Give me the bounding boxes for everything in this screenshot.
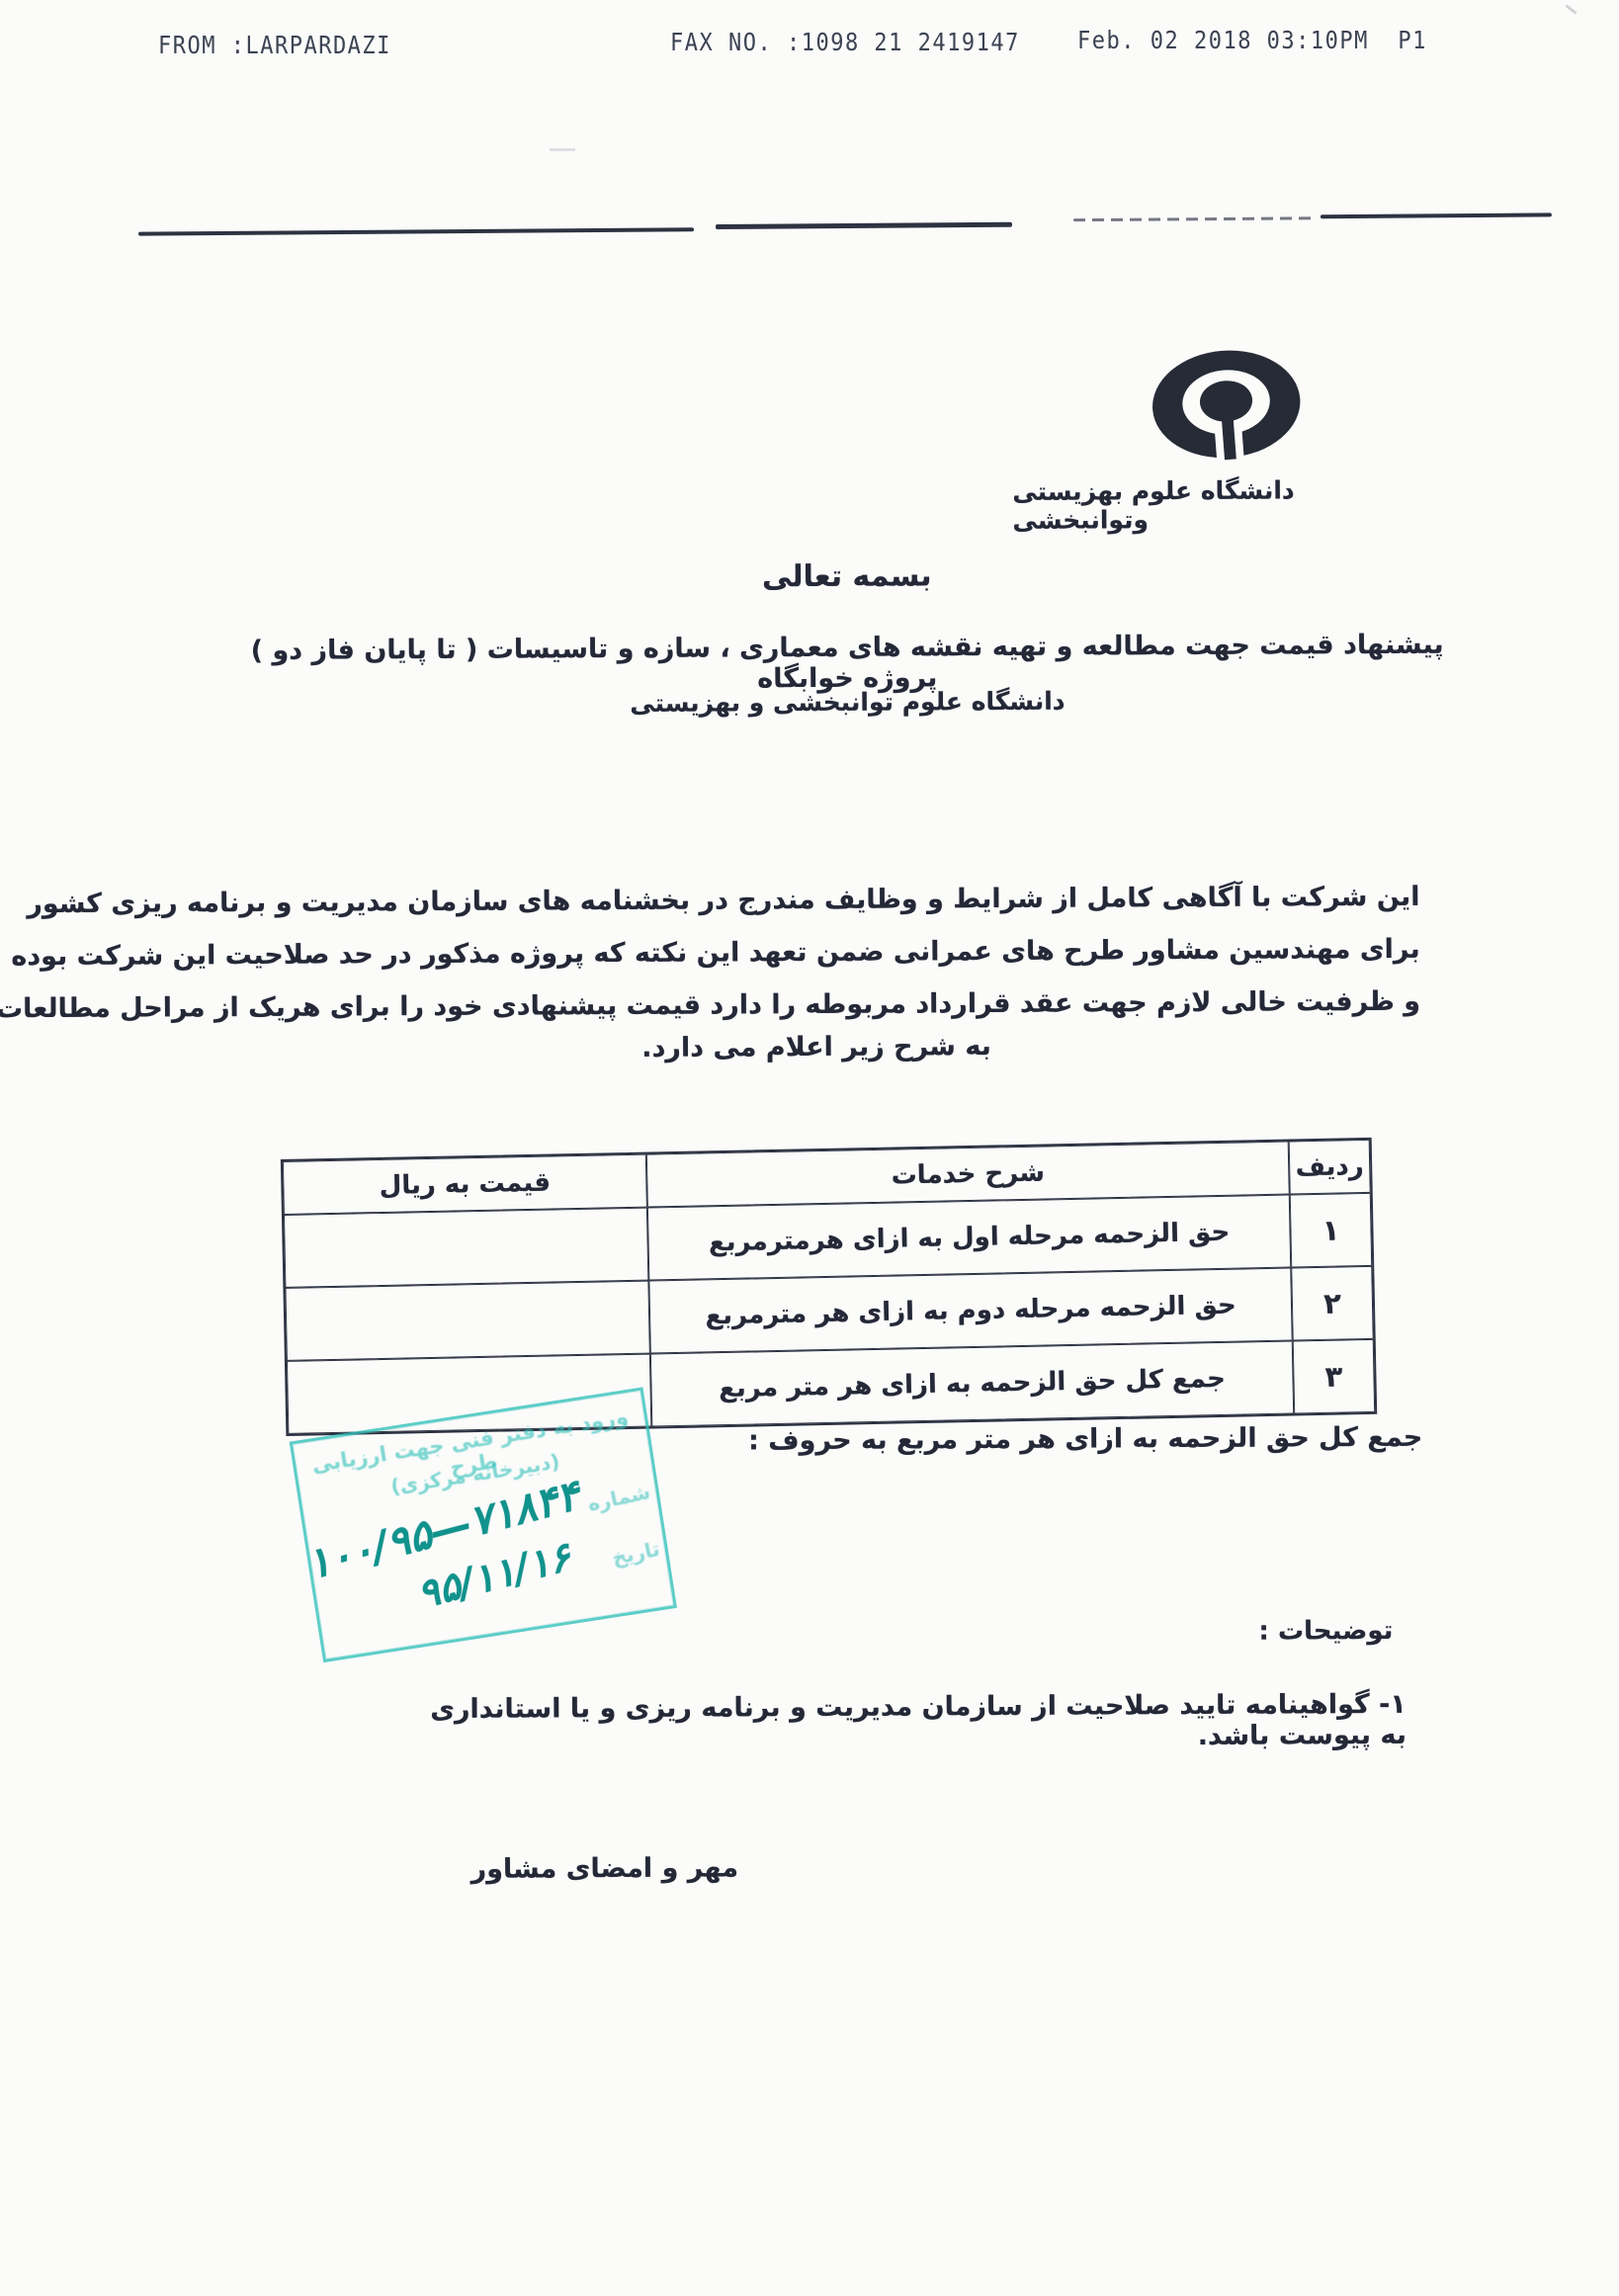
stamp-date-label: تاریخ	[610, 1537, 661, 1570]
fee-table: قیمت به ریال شرح خدمات ردیف حق الزحمه مر…	[281, 1138, 1377, 1436]
price-cell	[284, 1208, 648, 1288]
fax-document-page: FROM :LARPARDAZI FAX NO. :1098 21 241914…	[0, 0, 1619, 2296]
body-line: و ظرفیت خالی لازم جهت عقد قرارداد مربوطه…	[244, 976, 1420, 1034]
body-paragraph: این شرکت با آگاهی کامل از شرایط و وظایف …	[243, 871, 1420, 1034]
service-cell: حق الزحمه مرحله دوم به ازای هر مترمربع	[648, 1268, 1292, 1354]
doc-title: بسمه تعالی	[313, 556, 1381, 597]
service-cell: جمع کل حق الزحمه به ازای هر متر مربع	[650, 1340, 1294, 1426]
stamp-number-label: شماره	[586, 1480, 652, 1516]
signature-label: مهر و امضای مشاور	[471, 1852, 739, 1884]
org-name: دانشگاه علوم بهزیستی وتوانبخشی	[1012, 475, 1427, 535]
price-cell	[285, 1281, 649, 1361]
body-line: برای مهندسین مشاور طرح های عمرانی ضمن تع…	[244, 923, 1420, 981]
row-no-cell: ۲	[1291, 1266, 1373, 1341]
row-no-cell: ۳	[1293, 1339, 1375, 1414]
col-header-row-no: ردیف	[1289, 1140, 1371, 1195]
note-item: ۱- گواهینامه تایید صلاحیت از سازمان مدیر…	[408, 1689, 1406, 1755]
subject-line-2: دانشگاه علوم توانبخشی و بهزیستی	[313, 685, 1381, 720]
row-no-cell: ۱	[1290, 1193, 1372, 1268]
col-header-price: قیمت به ریال	[283, 1154, 647, 1215]
notes-label: توضیحات :	[1258, 1616, 1393, 1647]
service-cell: حق الزحمه مرحله اول به ازای هرمترمربع	[647, 1195, 1291, 1281]
university-emblem-icon	[1149, 347, 1306, 473]
body-line: این شرکت با آگاهی کامل از شرایط و وظایف …	[243, 871, 1419, 929]
body-line: به شرح زیر اعلام می دارد.	[641, 1031, 991, 1063]
total-in-words-label: جمع کل حق الزحمه به ازای هر متر مربع به …	[748, 1422, 1422, 1457]
